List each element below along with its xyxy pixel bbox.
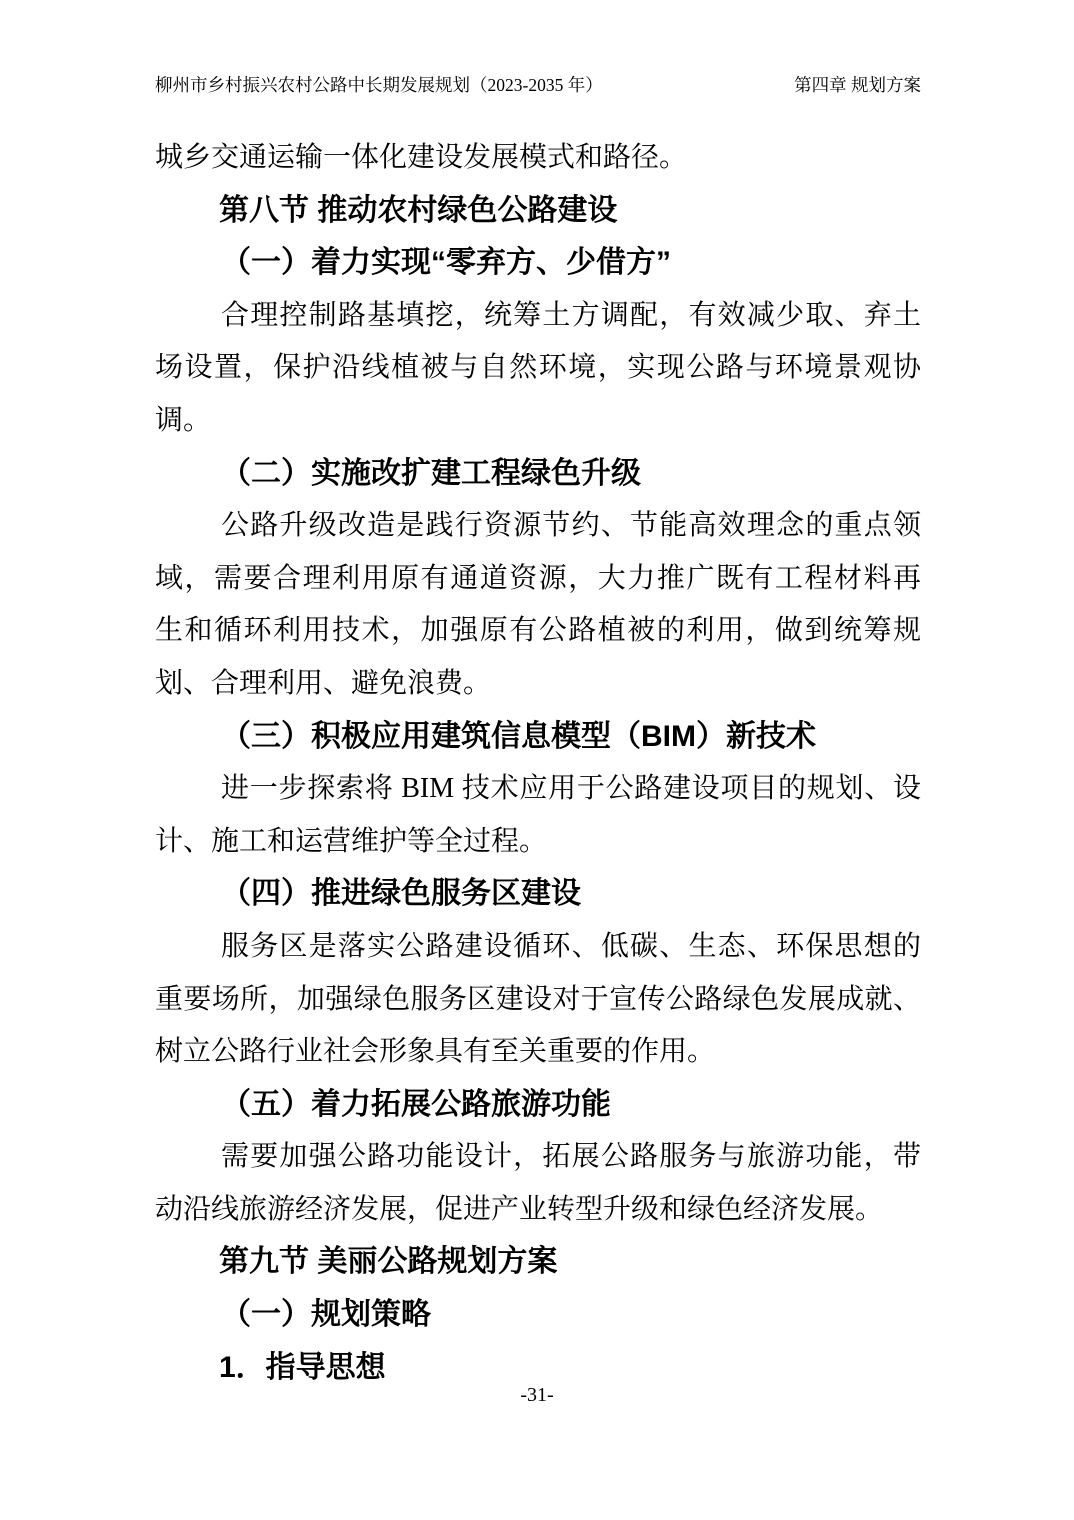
body-text-line: 动沿线旅游经济发展，促进产业转型升级和绿色经济发展。	[155, 1184, 921, 1237]
subsection-heading: （一）规划策略	[155, 1289, 921, 1342]
body-text-line: 生和循环利用技术，加强原有公路植被的利用，做到统筹规	[155, 605, 921, 658]
subsection-heading: （五）着力拓展公路旅游功能	[155, 1079, 921, 1132]
body-text-line: 进一步探索将 BIM 技术应用于公路建设项目的规划、设	[155, 763, 921, 816]
body-text-line: 树立公路行业社会形象具有至关重要的作用。	[155, 1026, 921, 1079]
subsection-heading: （一）着力实现“零弃方、少借方”	[155, 237, 921, 290]
header-doc-title: 柳州市乡村振兴农村公路中长期发展规划（2023-2035 年）	[155, 70, 603, 100]
body-text-line: 划、合理利用、避免浪费。	[155, 658, 921, 711]
body-text-line: 服务区是落实公路建设循环、低碳、生态、环保思想的	[155, 921, 921, 974]
body-text-line: 域，需要合理利用原有通道资源，大力推广既有工程材料再	[155, 553, 921, 606]
document-page: 柳州市乡村振兴农村公路中长期发展规划（2023-2035 年） 第四章 规划方案…	[0, 0, 1074, 1520]
body-text-line: 场设置，保护沿线植被与自然环境，实现公路与环境景观协	[155, 342, 921, 395]
body-text-line: 计、施工和运营维护等全过程。	[155, 816, 921, 869]
page-number: -31-	[520, 1384, 553, 1406]
subsection-heading: （二）实施改扩建工程绿色升级	[155, 448, 921, 501]
section-heading: 第八节 推动农村绿色公路建设	[155, 185, 921, 238]
body-text-line: 调。	[155, 395, 921, 448]
body-text-line: 需要加强公路功能设计，拓展公路服务与旅游功能，带	[155, 1131, 921, 1184]
body-text-line: 合理控制路基填挖，统筹土方调配，有效减少取、弃土	[155, 290, 921, 343]
page-header: 柳州市乡村振兴农村公路中长期发展规划（2023-2035 年） 第四章 规划方案	[155, 70, 921, 100]
body-text-line: 城乡交通运输一体化建设发展模式和路径。	[155, 132, 921, 185]
page-footer: -31-	[0, 1381, 1074, 1409]
subsection-heading: （三）积极应用建筑信息模型（BIM）新技术	[155, 711, 921, 764]
body-text-line: 公路升级改造是践行资源节约、节能高效理念的重点领	[155, 500, 921, 553]
subsection-heading: （四）推进绿色服务区建设	[155, 868, 921, 921]
header-chapter-label: 第四章 规划方案	[794, 70, 921, 100]
body-text-line: 重要场所，加强绿色服务区建设对于宣传公路绿色发展成就、	[155, 974, 921, 1027]
document-body: 城乡交通运输一体化建设发展模式和路径。第八节 推动农村绿色公路建设（一）着力实现…	[155, 132, 921, 1394]
section-heading: 第九节 美丽公路规划方案	[155, 1236, 921, 1289]
